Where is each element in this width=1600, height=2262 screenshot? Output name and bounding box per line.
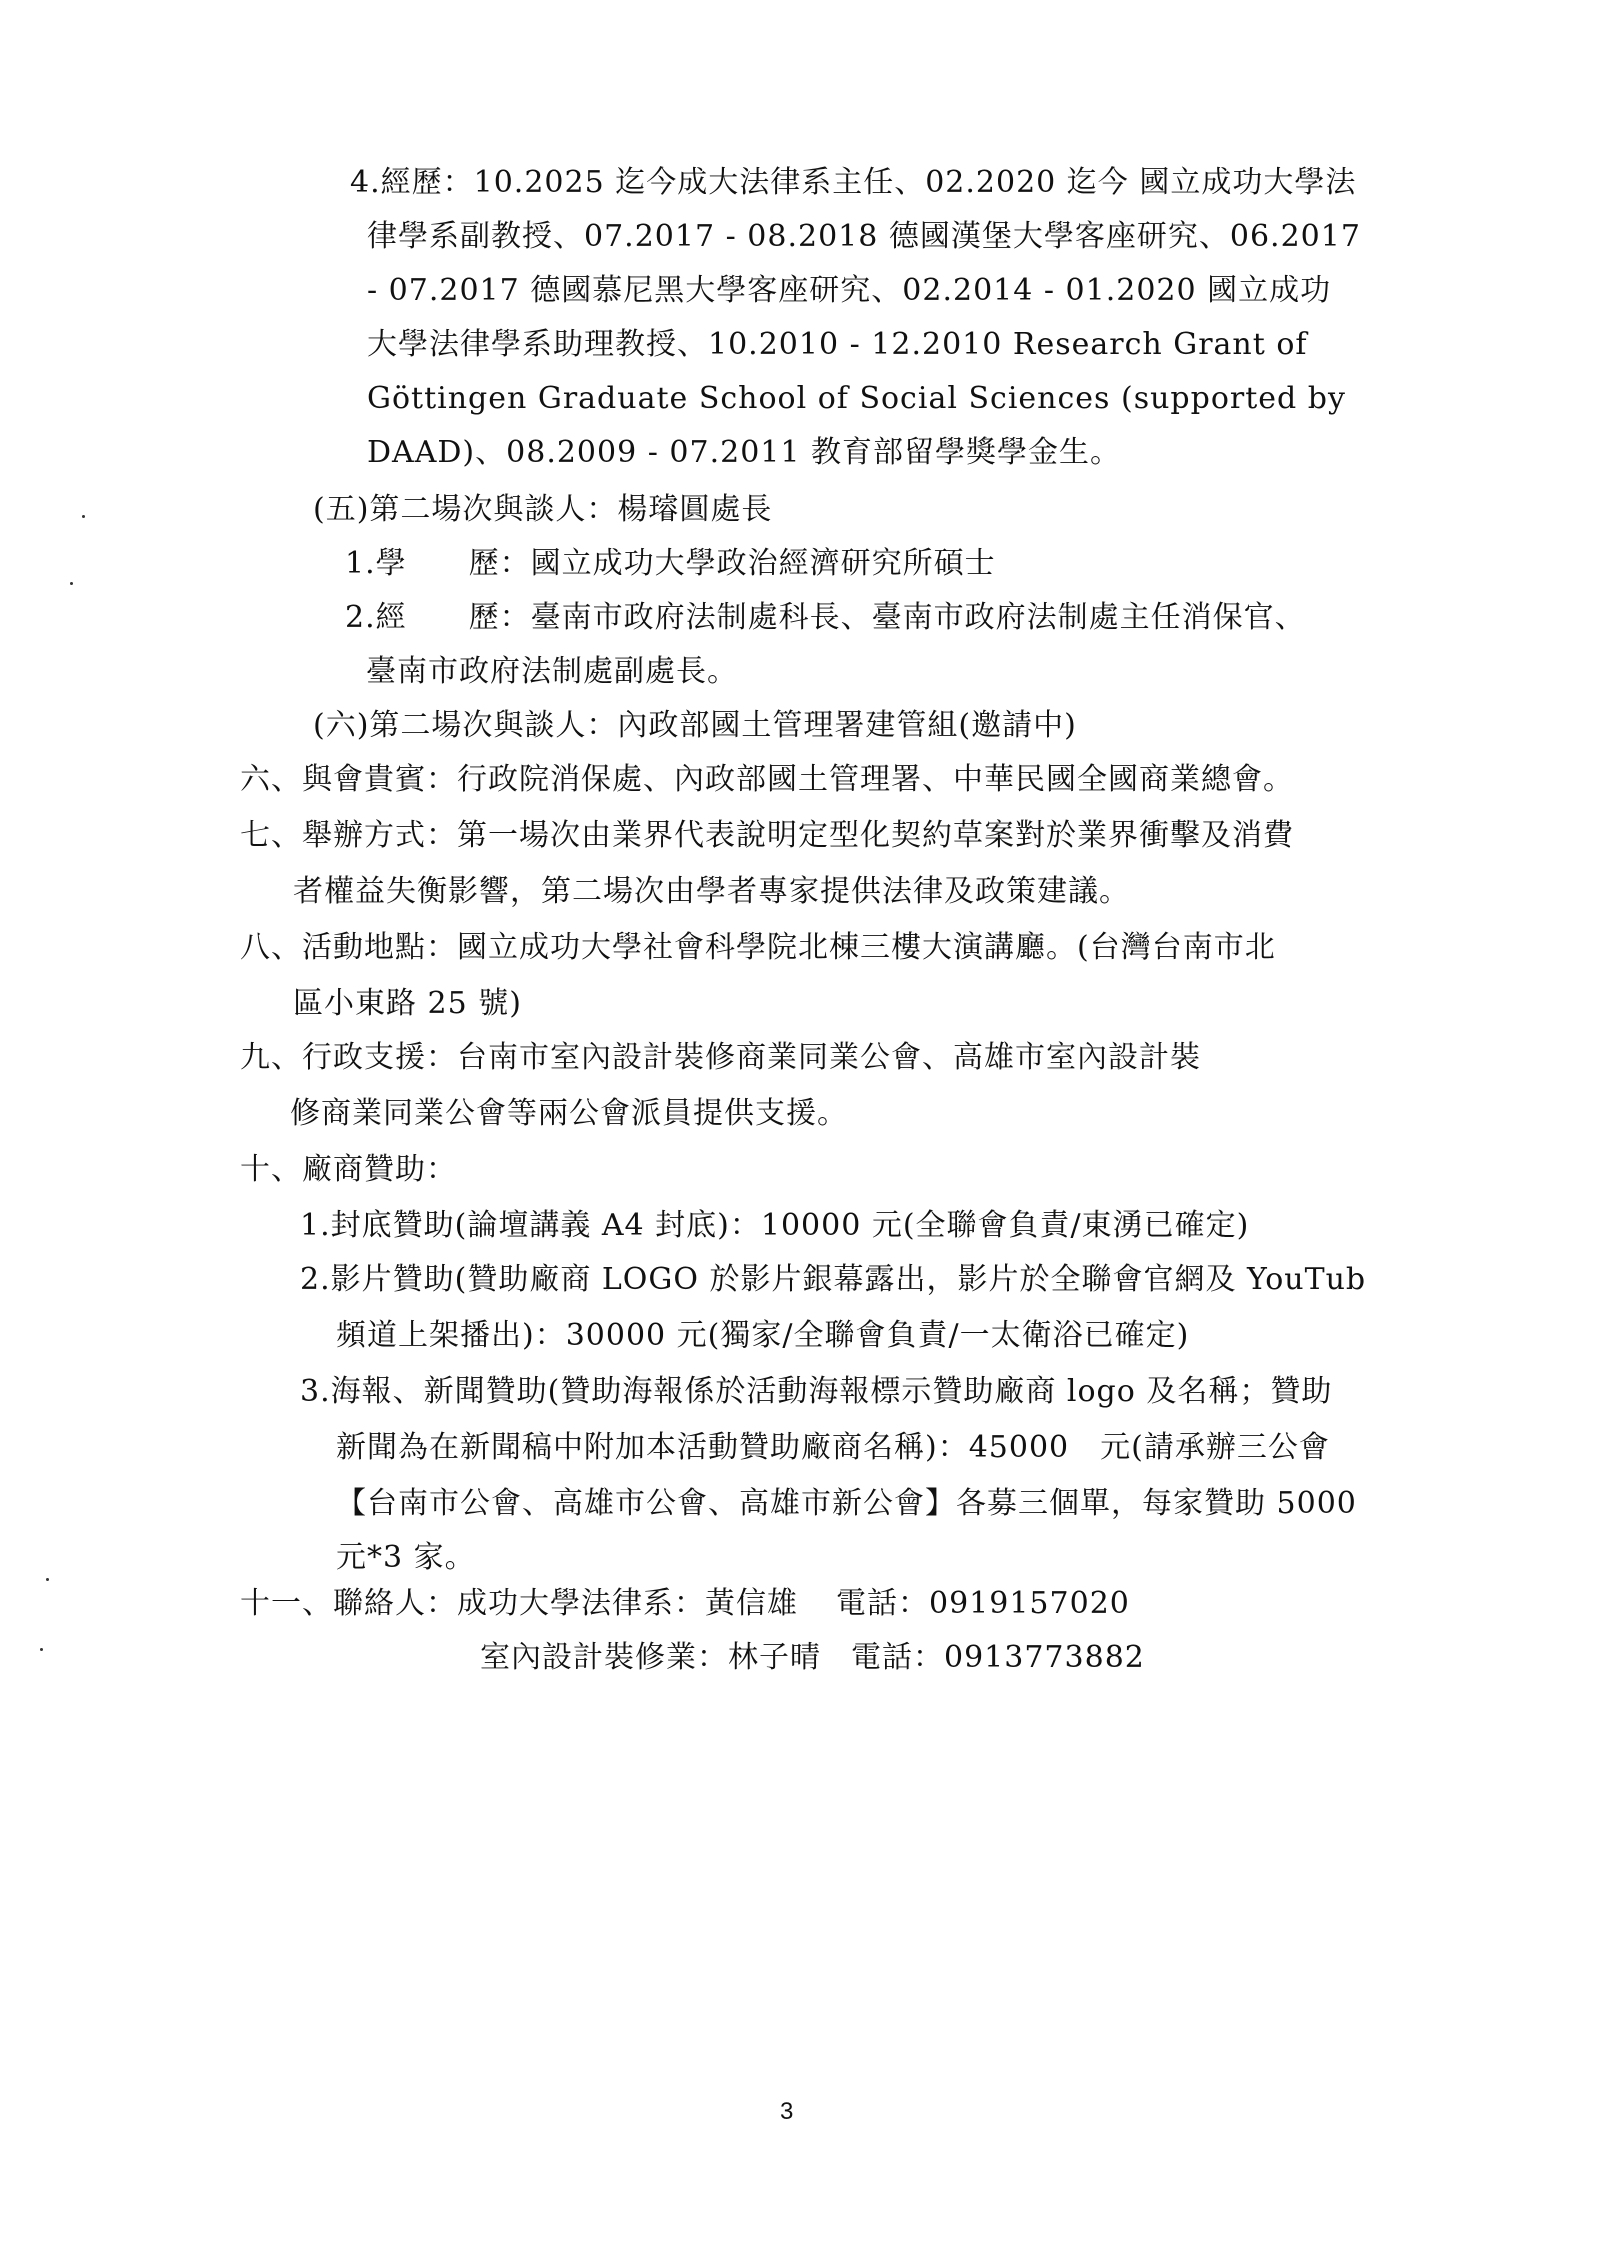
education-label: 1.學 歷： <box>345 546 531 581</box>
experience-line: DAAD)、08.2009 - 07.2011 教育部留學獎學金生。 <box>367 433 1121 473</box>
scan-speck <box>46 1578 49 1581</box>
page-number: 3 <box>780 2098 793 2126</box>
contacts-row-1: 十一、聯絡人：成功大學法律系：黃信雄電話：0919157020 <box>240 1584 1130 1624</box>
contact-org: 成功大學法律系：黃信雄 <box>457 1586 798 1621</box>
format-line: 者權益失衡影響，第二場次由學者專家提供法律及政策建議。 <box>293 872 1130 912</box>
panelist-5-education: 1.學 歷：國立成功大學政治經濟研究所碩士 <box>345 544 996 584</box>
experience-value: 臺南市政府法制處科長、臺南市政府法制處主任消保官、 <box>531 600 1306 635</box>
contact-org: 室內設計裝修業：林子晴 <box>480 1640 821 1675</box>
sponsorship-item-2-cont: 頻道上架播出)：30000 元(獨家/全聯會負責/一太衛浴已確定) <box>336 1316 1189 1356</box>
experience-line: - 07.2017 德國慕尼黑大學客座研究、02.2014 - 01.2020 … <box>367 271 1331 311</box>
panelist-5-experience: 2.經 歷：臺南市政府法制處科長、臺南市政府法制處主任消保官、 <box>345 598 1306 638</box>
experience-line: 4.經歷：10.2025 迄今成大法律系主任、02.2020 迄今 國立成功大學… <box>350 163 1356 203</box>
panelist-5-heading: (五)第二場次與談人：楊璿圓處長 <box>313 490 772 530</box>
sponsorship-heading: 十、廠商贊助： <box>240 1150 457 1190</box>
admin-support-line: 修商業同業公會等兩公會派員提供支援。 <box>290 1094 848 1134</box>
venue-line: 區小東路 25 號) <box>293 984 522 1024</box>
contacts-heading: 十一、聯絡人： <box>240 1586 457 1621</box>
document-page: 4.經歷：10.2025 迄今成大法律系主任、02.2020 迄今 國立成功大學… <box>0 0 1600 2262</box>
format-line: 七、舉辦方式：第一場次由業界代表說明定型化契約草案對於業界衝擊及消費 <box>240 816 1294 856</box>
sponsorship-item-3-cont: 【台南市公會、高雄市公會、高雄市新公會】各募三個單，每家贊助 5000 <box>336 1484 1357 1524</box>
venue-line: 八、活動地點：國立成功大學社會科學院北棟三樓大演講廳。(台灣台南市北 <box>240 928 1276 968</box>
experience-line: 大學法律學系助理教授、10.2010 - 12.2010 Research Gr… <box>367 325 1308 365</box>
scan-speck <box>82 515 85 518</box>
experience-line: Göttingen Graduate School of Social Scie… <box>367 379 1346 419</box>
contacts-row-2: 室內設計裝修業：林子晴電話：0913773882 <box>480 1638 1145 1678</box>
sponsorship-item-1: 1.封底贊助(論壇講義 A4 封底)：10000 元(全聯會負責/東湧已確定) <box>300 1206 1249 1246</box>
admin-support-line: 九、行政支援：台南市室內設計裝修商業同業公會、高雄市室內設計裝 <box>240 1038 1201 1078</box>
guests-line: 六、與會貴賓：行政院消保處、內政部國土管理署、中華民國全國商業總會。 <box>240 760 1294 800</box>
contact-phone: 電話：0913773882 <box>851 1640 1145 1675</box>
sponsorship-item-3-cont: 元*3 家。 <box>336 1538 476 1578</box>
education-value: 國立成功大學政治經濟研究所碩士 <box>531 546 996 581</box>
sponsorship-item-2: 2.影片贊助(贊助廠商 LOGO 於影片銀幕露出，影片於全聯會官網及 YouTu… <box>300 1260 1366 1300</box>
scan-speck <box>40 1648 43 1651</box>
scan-speck <box>70 582 73 585</box>
contact-phone: 電話：0919157020 <box>836 1586 1130 1621</box>
experience-line: 律學系副教授、07.2017 - 08.2018 德國漢堡大學客座研究、06.2… <box>367 217 1361 257</box>
experience-label: 2.經 歷： <box>345 600 531 635</box>
panelist-5-experience-cont: 臺南市政府法制處副處長。 <box>366 652 738 692</box>
panelist-6-heading: (六)第二場次與談人：內政部國土管理署建管組(邀請中) <box>313 706 1077 746</box>
sponsorship-item-3-cont: 新聞為在新聞稿中附加本活動贊助廠商名稱)：45000 元(請承辦三公會 <box>336 1428 1330 1468</box>
sponsorship-item-3: 3.海報、新聞贊助(贊助海報係於活動海報標示贊助廠商 logo 及名稱；贊助 <box>300 1372 1332 1412</box>
